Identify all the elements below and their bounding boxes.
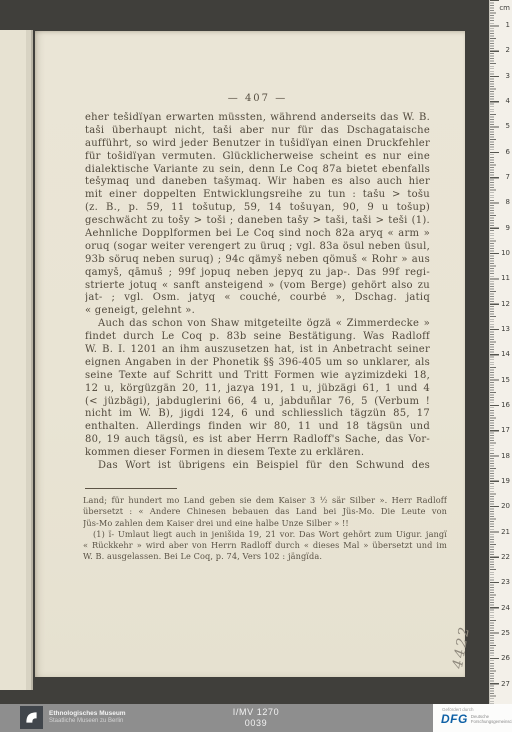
text-line: 93b söruq neben suruq) ; 94c qämyš neben… (85, 254, 430, 267)
text-line: eignen Angaben in der Phonetik §§ 396-40… (85, 357, 430, 370)
ruler-label: 13 (501, 325, 510, 333)
institution-name: Ethnologisches Museum (49, 710, 126, 718)
text-line: tešymaq und daneben tašymaq. Wir haben e… (85, 176, 430, 189)
ruler-label: 21 (501, 528, 510, 536)
text-line: nicht im W. B), jigdi 124, 6 und schlies… (85, 408, 430, 421)
page-body-text: eher tešidïγan erwarten müssten, während… (85, 112, 430, 473)
ruler-label: 4 (506, 97, 510, 105)
text-line: für tošidïγan vermuten. Glücklicherweise… (85, 151, 430, 164)
smb-logo-glyph (23, 709, 40, 726)
ruler-label: 16 (501, 401, 510, 409)
ruler-label: 20 (501, 502, 510, 510)
ruler-label: 25 (501, 629, 510, 637)
ruler-label: 7 (506, 173, 510, 181)
viewer-footer-bar: Ethnologisches Museum Staatliche Museen … (0, 704, 512, 732)
text-line: qamyš, qāmuš ; 99f jopuq neben jepyq zu … (85, 267, 430, 280)
ruler-label: 24 (501, 604, 510, 612)
ruler-label: 6 (506, 148, 510, 156)
ruler-major-ticks (490, 0, 499, 705)
ruler-label: 1 (506, 21, 510, 29)
footnote-line: (1) ï- Umlaut liegt auch in jenišida 19,… (83, 529, 447, 540)
ruler-label: 27 (501, 680, 510, 688)
text-line: 80, 19 auch tägsü, es ist aber Herrn Rad… (85, 434, 430, 447)
footnote-separator (85, 488, 177, 489)
scanner-background: — 407 — eher tešidïγan erwarten müssten,… (0, 0, 512, 732)
institution-text: Ethnologisches Museum Staatliche Museen … (49, 710, 126, 725)
text-line: seine Texte auf Schritt und Tritt Formen… (85, 370, 430, 383)
text-line: eher tešidïγan erwarten müssten, während… (85, 112, 430, 125)
dfg-logo-row: DFG Deutsche Forschungsgemeinschaft (433, 713, 512, 725)
text-line: geschwächt zu tošy > toši ; daneben tašy… (85, 215, 430, 228)
footnote-text: Land; für hundert mo Land geben sie dem … (83, 495, 447, 563)
text-line: Aehnliche Dopplformen bei Le Coq sind no… (85, 228, 430, 241)
ruler-label: 19 (501, 477, 510, 485)
page-number: — 407 — (85, 93, 430, 104)
ruler-unit-label: cm (499, 4, 510, 12)
ruler-label: 18 (501, 452, 510, 460)
text-line: mit einer doppelten Entwicklungsreihe zu… (85, 189, 430, 202)
ruler-label: 8 (506, 198, 510, 206)
ruler-label: 26 (501, 654, 510, 662)
text-line: jat- ; vgl. Osm. jatyq « couché, courbé … (85, 292, 430, 305)
adjacent-page-edge (0, 30, 33, 690)
handwritten-inventory-number: 4422 (450, 608, 476, 670)
text-line: (z. B., p. 59, 11 tošutup, 59, 14 tošuγa… (85, 202, 430, 215)
text-line: W. B. I. 1201 an ihm auszusetzen hat, is… (85, 344, 430, 357)
book-page-scan: — 407 — eher tešidïγan erwarten müssten,… (35, 31, 465, 677)
text-line: dialektische Variante zu sein, denn Le C… (85, 164, 430, 177)
text-line: strierte jotuq « sanft ansteigend » (vom… (85, 280, 430, 293)
funding-label: Gefördert durch (433, 704, 512, 712)
text-line: « geneigt, gelehnt ». (85, 305, 430, 318)
text-line: Auch das schon von Shaw mitgeteilte ögzä… (85, 318, 430, 331)
shelfmark-block: I/MV 1270 0039 (233, 707, 279, 729)
text-line: oruq (sogar weiter verengert zu üruq ; v… (85, 241, 430, 254)
image-number: 0039 (233, 718, 279, 729)
ruler-label: 17 (501, 426, 510, 434)
ruler-label: 11 (501, 274, 510, 282)
ruler-label: 14 (501, 350, 510, 358)
text-line: taši überhaupt nicht, taši aber nur für … (85, 125, 430, 138)
footnote-line: übersetzt : « Andere Chinesen bebauen da… (83, 506, 447, 517)
text-line: Das Wort ist übrigens ein Beispiel für d… (85, 460, 430, 473)
ruler-label: 23 (501, 578, 510, 586)
footnote-line: Jüs-Mo zahlen dem Kaiser drei und eine h… (83, 518, 447, 529)
ruler-label: 10 (501, 249, 510, 257)
text-line: (< jüzbägi), jabduglerini 66, 4 u, jabdu… (85, 396, 430, 409)
ruler-label: 22 (501, 553, 510, 561)
dfg-logo: DFG (441, 713, 468, 725)
ruler-label: 12 (501, 300, 510, 308)
institution-block: Ethnologisches Museum Staatliche Museen … (20, 706, 126, 729)
ruler-label: 2 (506, 46, 510, 54)
measurement-ruler: cm 1 2 3 4 5 6 7 8 9 10 11 12 13 14 15 1… (489, 0, 512, 705)
text-line: kommen dieser Formen in diesem Texte zu … (85, 447, 430, 460)
text-line: findet durch Le Coq p. 83b seine Bestäti… (85, 331, 430, 344)
funding-block: Gefördert durch DFG Deutsche Forschungsg… (433, 704, 512, 732)
footnote-line: Land; für hundert mo Land geben sie dem … (83, 495, 447, 506)
institution-subtitle: Staatliche Museen zu Berlin (49, 718, 126, 725)
smb-logo-icon (20, 706, 43, 729)
text-line: aufführt, so wird jeder Benutzer in tuši… (85, 138, 430, 151)
text-line: 12 u, körgüzgän 20, 11, jazγa 191, 1 u, … (85, 383, 430, 396)
ruler-label: 3 (506, 72, 510, 80)
footnote-line: « Rückkehr » wird aber von Herrn Radloff… (83, 540, 447, 551)
footnote-line: W. B. ausgelassen. Bei Le Coq, p. 74, Ve… (83, 551, 447, 562)
text-line: enthalten. Allerdings finden wir 80, 11 … (85, 421, 430, 434)
ruler-label: 9 (506, 224, 510, 232)
dfg-org-name: Deutsche Forschungsgemeinschaft (471, 714, 512, 724)
shelfmark: I/MV 1270 (233, 707, 279, 718)
ruler-label: 15 (501, 376, 510, 384)
dfg-org-name-line2: Forschungsgemeinschaft (471, 719, 512, 724)
ruler-label: 5 (506, 122, 510, 130)
